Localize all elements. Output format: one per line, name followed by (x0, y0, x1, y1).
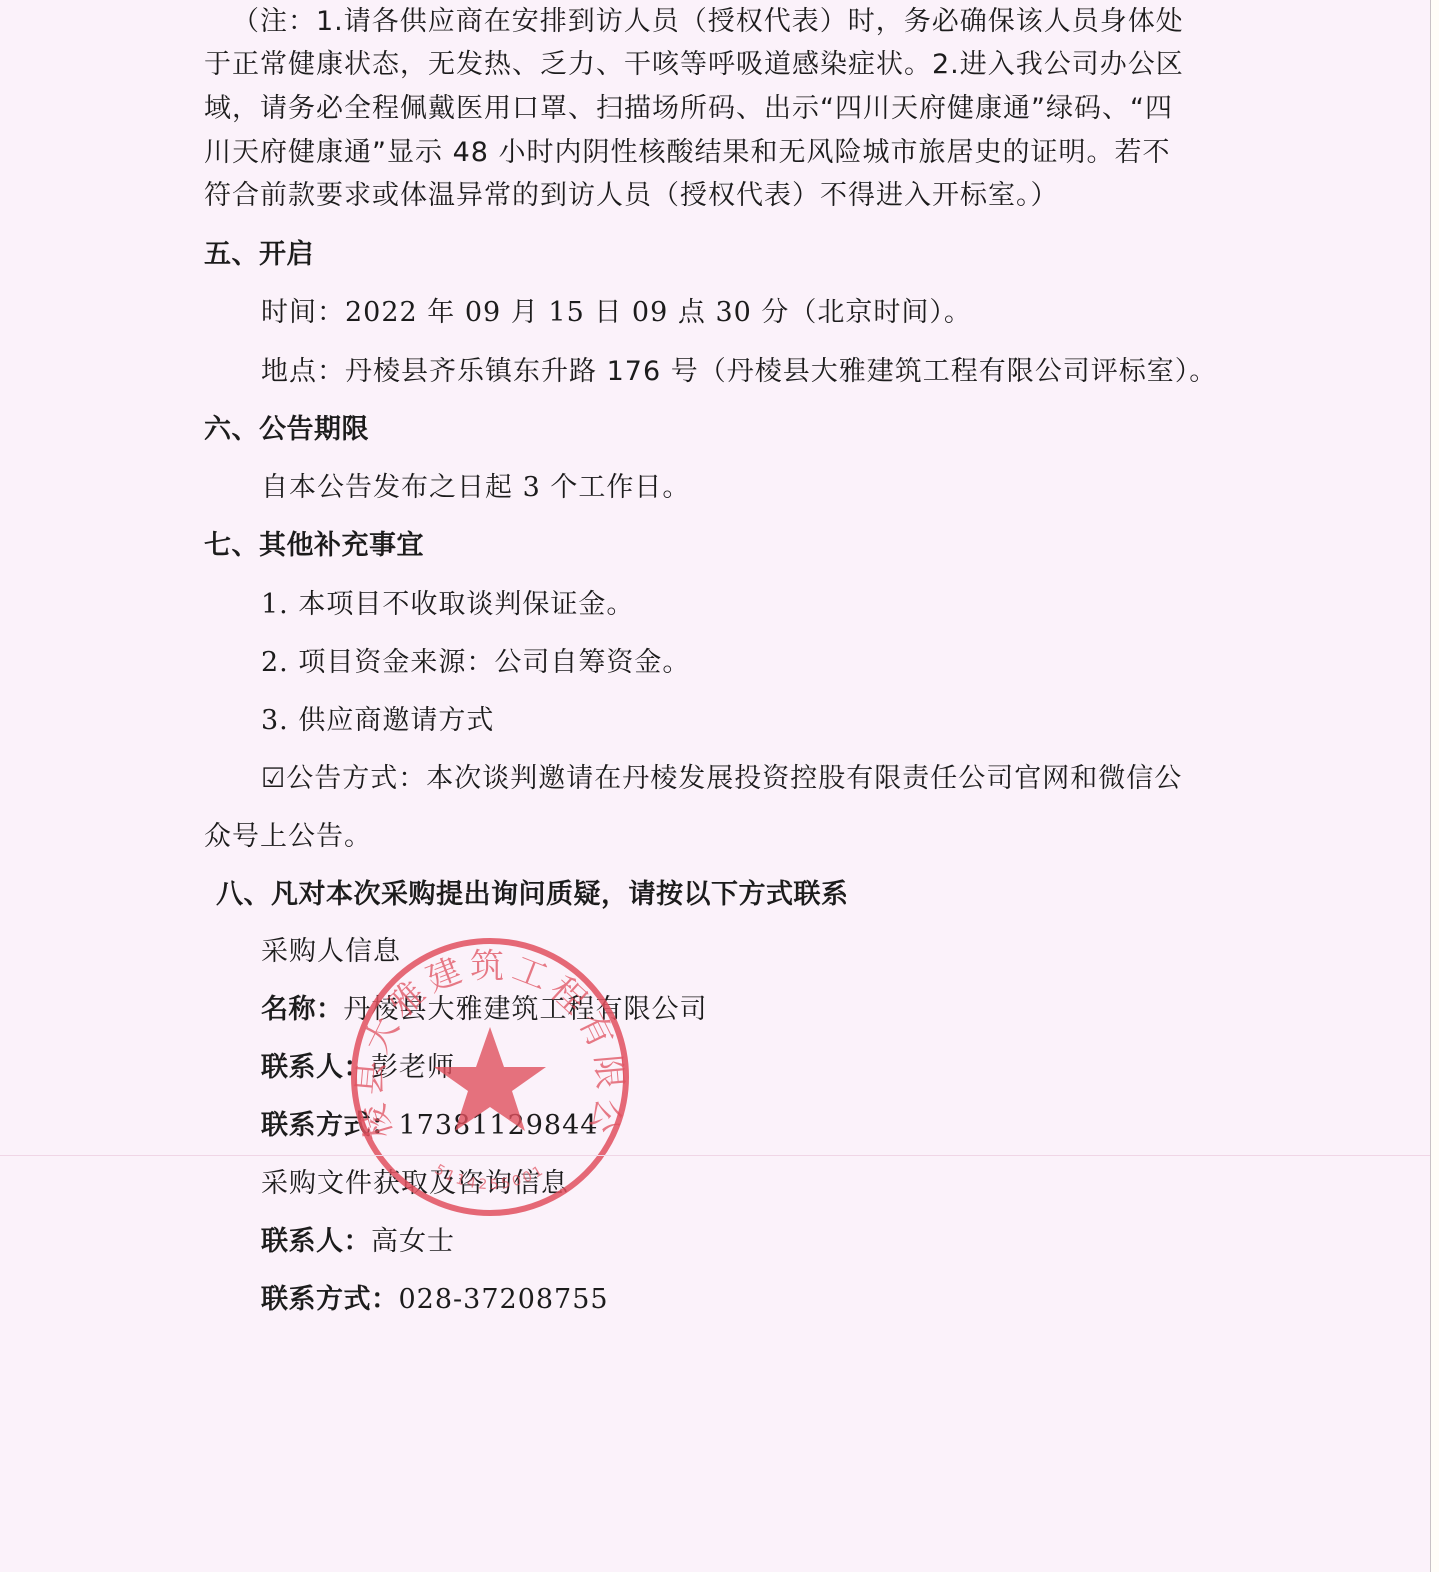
section-5-heading: 五、开启 (204, 237, 314, 273)
purchaser-contact-label: 联系人： (261, 1052, 371, 1083)
announcement-text: 公告方式：本次谈判邀请在丹棱发展投资控股有限责任公司官网和微信公 (286, 763, 1182, 794)
supplement-item-2: 2. 项目资金来源：公司自筹资金。 (261, 645, 690, 681)
notice-period: 自本公告发布之日起 3 个工作日。 (261, 470, 690, 506)
section-8-heading: 八、凡对本次采购提出询问质疑，请按以下方式联系 (216, 877, 849, 913)
document-page: （注：1.请各供应商在安排到访人员（授权代表）时，务必确保该人员身体处 于正常健… (0, 0, 1431, 1572)
opening-location: 地点：丹棱县齐乐镇东升路 176 号（丹棱县大雅建筑工程有限公司评标室）。 (261, 354, 1217, 390)
announcement-method-cont: 众号上公告。 (204, 819, 372, 855)
page-edge (1431, 0, 1439, 1572)
docs-contact-value: 高女士 (371, 1226, 455, 1257)
docs-phone: 联系方式：028-37208755 (261, 1282, 609, 1318)
purchaser-name-label: 名称： (261, 994, 344, 1025)
docs-phone-label: 联系方式： (261, 1284, 399, 1315)
note-line-1: （注：1.请各供应商在安排到访人员（授权代表）时，务必确保该人员身体处 (232, 4, 1184, 40)
docs-contact-label: 联系人： (261, 1226, 371, 1257)
purchaser-name: 名称：丹棱县大雅建筑工程有限公司 (261, 992, 708, 1028)
purchaser-name-value: 丹棱县大雅建筑工程有限公司 (344, 994, 708, 1025)
docs-contact: 联系人：高女士 (261, 1224, 455, 1260)
note-line-3: 域，请务必全程佩戴医用口罩、扫描场所码、出示“四川天府健康通”绿码、“四 (204, 91, 1173, 127)
purchaser-phone-value: 17381129844 (399, 1110, 599, 1141)
docs-info-title: 采购文件获取及咨询信息 (261, 1166, 569, 1202)
checked-box-icon: ☑ (261, 763, 286, 794)
scan-artifact-line (0, 1155, 1430, 1156)
opening-time: 时间：2022 年 09 月 15 日 09 点 30 分（北京时间）。 (261, 295, 972, 331)
note-line-2: 于正常健康状态，无发热、乏力、干咳等呼吸道感染症状。2.进入我公司办公区 (204, 47, 1184, 83)
section-6-heading: 六、公告期限 (204, 412, 369, 448)
section-7-heading: 七、其他补充事宜 (204, 528, 424, 564)
supplement-item-1: 1. 本项目不收取谈判保证金。 (261, 587, 634, 623)
note-line-4: 川天府健康通”显示 48 小时内阴性核酸结果和无风险城市旅居史的证明。若不 (204, 135, 1171, 171)
purchaser-contact: 联系人：彭老师 (261, 1050, 455, 1086)
supplement-item-3: 3. 供应商邀请方式 (261, 703, 494, 739)
docs-phone-value: 028-37208755 (399, 1284, 609, 1315)
purchaser-phone-label: 联系方式： (261, 1110, 399, 1141)
purchaser-phone: 联系方式：17381129844 (261, 1108, 598, 1144)
announcement-method: ☑公告方式：本次谈判邀请在丹棱发展投资控股有限责任公司官网和微信公 (261, 761, 1182, 797)
note-line-5: 符合前款要求或体温异常的到访人员（授权代表）不得进入开标室。） (204, 178, 1059, 214)
purchaser-contact-value: 彭老师 (371, 1052, 455, 1083)
purchaser-info-title: 采购人信息 (261, 934, 401, 970)
